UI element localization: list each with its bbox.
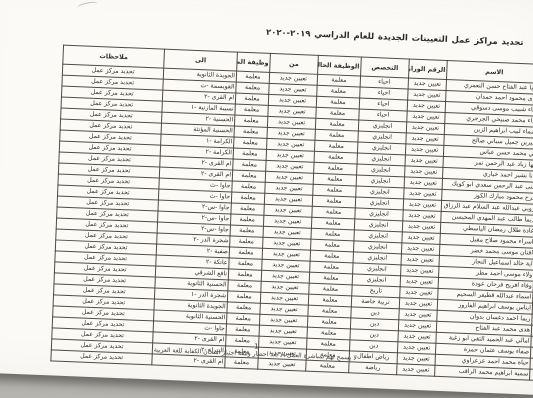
table-cell: 27 xyxy=(529,369,533,381)
scan-artifact xyxy=(77,1,98,13)
table-cell: معلمة xyxy=(306,360,349,373)
column-header: التخصص xyxy=(361,57,410,78)
table-cell: تعيين جديد xyxy=(258,358,306,371)
table-cell: رياضة xyxy=(349,362,397,375)
page-title: تحديد مراكز عمل التعيينات الجديدة للعام … xyxy=(266,27,524,47)
appointments-table: تالاسمالرقم الوزاريالتخصصالوظيفة الحالية… xyxy=(50,45,533,382)
column-header: الرقم الوزاري xyxy=(409,59,448,80)
page-number: 1 xyxy=(254,343,259,351)
table-cell: تعيين جديد xyxy=(397,364,435,377)
column-header: من xyxy=(270,53,319,74)
column-header: وظيفة المنقول اليها xyxy=(237,52,271,72)
document-page: تحديد مراكز عمل التعيينات الجديدة للعام … xyxy=(0,0,533,395)
table-cell: معلمة xyxy=(225,357,258,369)
column-header: الوظيفة الحالية xyxy=(318,55,362,76)
table-cell: ام القرى -٢ xyxy=(152,354,225,368)
scan-background: تحديد مراكز عمل التعيينات الجديدة للعام … xyxy=(0,0,533,398)
table-body: 1رانيا عبد الفتاح حسن النعمريتعيين جديدا… xyxy=(51,64,533,381)
